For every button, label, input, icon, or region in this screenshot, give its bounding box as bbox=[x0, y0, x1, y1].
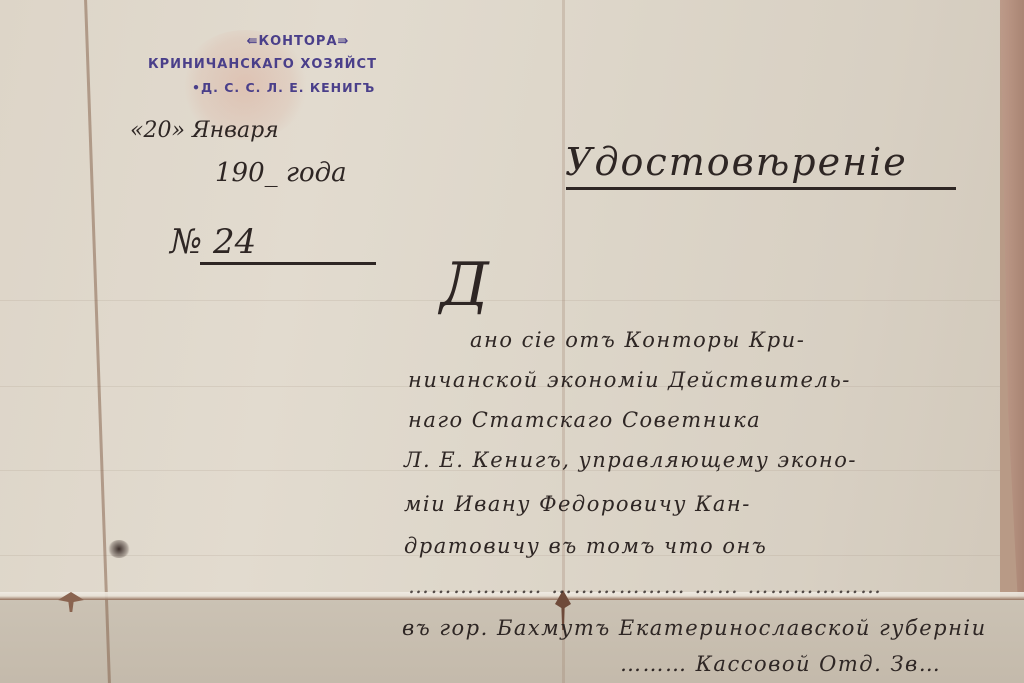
document-title: Удостовѣреніе bbox=[565, 140, 908, 184]
body-line: міи Ивану Федоровичу Кан- bbox=[404, 492, 751, 516]
stamp-line-office: ⇚КОНТОРА⇛ bbox=[148, 34, 448, 49]
ruled-line bbox=[0, 300, 1000, 301]
initial-letter: Д bbox=[440, 250, 489, 320]
body-line: ано сіе отъ Конторы Кри- bbox=[470, 328, 805, 352]
body-line: наго Статскаго Советника bbox=[408, 408, 761, 432]
body-line: въ гор. Бахмутъ Екатеринославской губерн… bbox=[402, 616, 987, 640]
stamp-line-owner: •Д. С. С. Л. Е. КЕНИГЪ bbox=[148, 80, 448, 95]
ink-blot bbox=[108, 540, 130, 558]
document-number: № 24 bbox=[170, 222, 256, 262]
body-line: дратовичу въ томъ что онъ bbox=[404, 534, 767, 558]
title-underline bbox=[566, 187, 956, 190]
body-line: ничанской экономіи Действитель- bbox=[408, 368, 851, 392]
number-underline bbox=[200, 262, 376, 265]
body-line: ……… Кассовой Отд. Зв… bbox=[620, 652, 941, 676]
body-line: ……………… ……………… …… ……………… bbox=[408, 574, 883, 598]
date-year: 190_ года bbox=[215, 158, 347, 188]
date-day-month: «20» Января bbox=[130, 118, 279, 143]
body-line: Л. Е. Кенигъ, управляющему эконо- bbox=[404, 448, 857, 472]
stamp-line-estate: КРИНИЧАНСКАГО ХОЗЯЙСТ bbox=[148, 57, 448, 72]
office-stamp: ⇚КОНТОРА⇛ КРИНИЧАНСКАГО ХОЗЯЙСТ •Д. С. С… bbox=[148, 34, 448, 95]
